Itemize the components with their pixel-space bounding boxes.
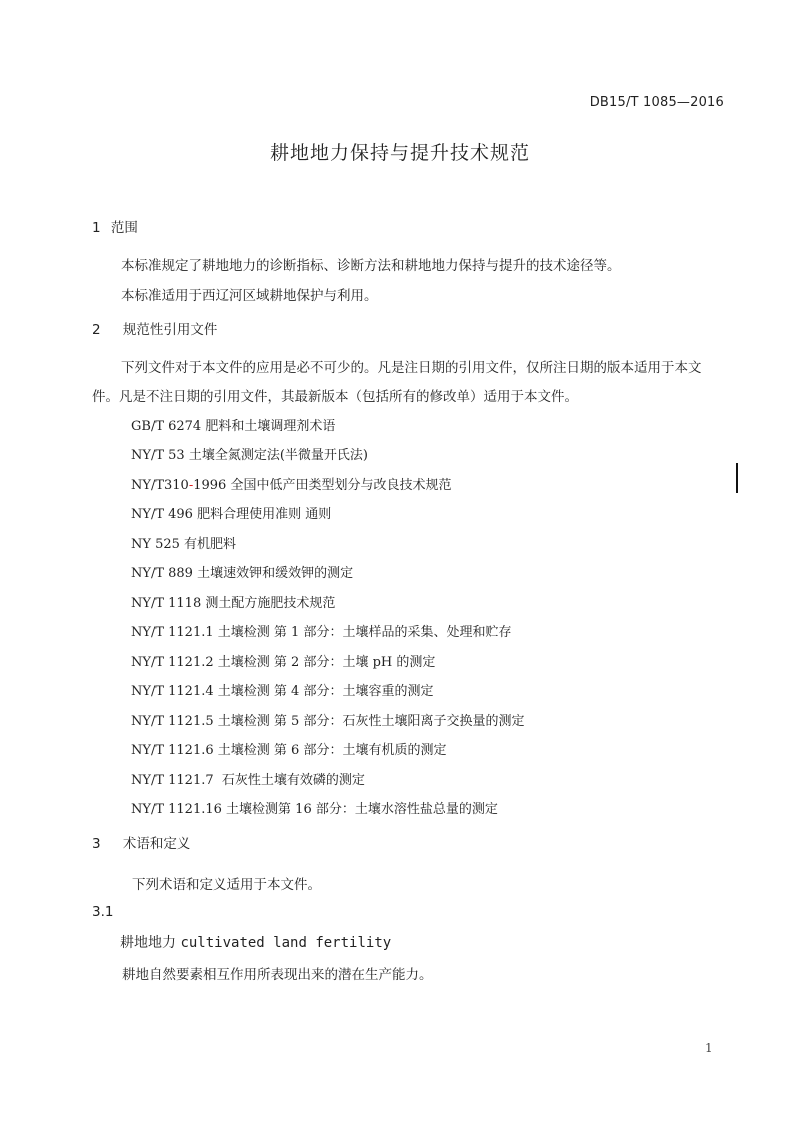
term-entry: 耕地地力 cultivated land fertility [120, 932, 391, 952]
reference-title: 土壤检测第 16 部分：土壤水溶性盐总量的测定 [226, 802, 498, 817]
reference-item: NY/T 1118 测土配方施肥技术规范 [131, 592, 335, 611]
reference-code: NY/T 1118 [131, 596, 201, 611]
document-title: 耕地地力保持与提升技术规范 [0, 138, 800, 165]
section-1-heading: 1 范围 [92, 216, 138, 236]
reference-item: NY/T 53 土壤全氮测定法(半微量开氏法) [131, 444, 368, 463]
reference-item: GB/T 6274 肥料和土壤调理剂术语 [131, 415, 335, 434]
term-definition: 耕地自然要素相互作用所表现出来的潜在生产能力。 [122, 963, 433, 983]
reference-code: NY/T 1121.5 [131, 714, 214, 729]
reference-title: 土壤检测 第 6 部分：土壤有机质的测定 [218, 743, 447, 758]
reference-code: NY 525 [131, 537, 180, 552]
reference-title: 全国中低产田类型划分与改良技术规范 [230, 478, 451, 493]
term-english: cultivated land fertility [180, 935, 391, 951]
reference-item: NY/T 1121.5 土壤检测 第 5 部分：石灰性土壤阳离子交换量的测定 [131, 710, 524, 729]
reference-code: NY/T310-1996 [131, 478, 226, 493]
reference-title: 有机肥料 [184, 537, 236, 552]
reference-code: NY/T 1121.4 [131, 684, 214, 699]
reference-item: NY/T 496 肥料合理使用准则 通则 [131, 503, 331, 522]
reference-code: NY/T 1121.16 [131, 802, 222, 817]
subsection-number: 3.1 [92, 904, 113, 920]
section-title: 范围 [111, 220, 138, 236]
reference-title: 土壤检测 第 5 部分：石灰性土壤阳离子交换量的测定 [218, 714, 525, 729]
reference-title: 土壤全氮测定法(半微量开氏法) [189, 448, 368, 463]
reference-code: NY/T 1121.2 [131, 655, 214, 670]
text-cursor [736, 463, 738, 493]
section-number: 2 [92, 322, 101, 338]
reference-item: NY/T 889 土壤速效钾和缓效钾的测定 [131, 562, 353, 581]
reference-item: NY/T310-1996 全国中低产田类型划分与改良技术规范 [131, 474, 451, 493]
reference-title: 肥料合理使用准则 通则 [197, 507, 331, 522]
reference-title: 土壤检测 第 2 部分：土壤 pH 的测定 [218, 655, 436, 670]
paragraph: 件。凡是不注日期的引用文件，其最新版本（包括所有的修改单）适用于本文件。 [92, 385, 578, 405]
reference-title: 测土配方施肥技术规范 [205, 596, 335, 611]
reference-title: 土壤速效钾和缓效钾的测定 [197, 566, 353, 581]
section-2-heading: 2 规范性引用文件 [92, 318, 217, 338]
reference-title: 肥料和土壤调理剂术语 [205, 419, 335, 434]
section-number: 1 [92, 220, 101, 236]
reference-item: NY/T 1121.2 土壤检测 第 2 部分：土壤 pH 的测定 [131, 651, 435, 670]
section-3-heading: 3 术语和定义 [92, 832, 190, 852]
section-title: 术语和定义 [123, 836, 191, 852]
section-number: 3 [92, 836, 101, 852]
reference-code: NY/T 1121.1 [131, 625, 214, 640]
term-chinese: 耕地地力 [120, 935, 176, 951]
paragraph: 下列文件对于本文件的应用是必不可少的。凡是注日期的引用文件，仅所注日期的版本适用… [121, 356, 702, 376]
reference-title: 土壤检测 第 1 部分：土壤样品的采集、处理和贮存 [218, 625, 512, 640]
paragraph: 本标准规定了耕地地力的诊断指标、诊断方法和耕地地力保持与提升的技术途径等。 [121, 254, 621, 274]
reference-item: NY 525 有机肥料 [131, 533, 236, 552]
reference-code: NY/T 1121.7 [131, 773, 214, 788]
reference-code: NY/T 53 [131, 448, 185, 463]
paragraph: 本标准适用于西辽河区域耕地保护与利用。 [121, 284, 378, 304]
reference-item: NY/T 1121.6 土壤检测 第 6 部分：土壤有机质的测定 [131, 739, 446, 758]
reference-item: NY/T 1121.7 石灰性土壤有效磷的测定 [131, 769, 365, 788]
page-number: 1 [705, 1041, 713, 1055]
paragraph: 下列术语和定义适用于本文件。 [132, 873, 321, 893]
reference-code-part: NY/T310 [131, 478, 189, 493]
reference-item: NY/T 1121.1 土壤检测 第 1 部分：土壤样品的采集、处理和贮存 [131, 621, 511, 640]
section-title: 规范性引用文件 [123, 322, 218, 338]
standard-code: DB15/T 1085—2016 [590, 95, 724, 110]
reference-title: 石灰性土壤有效磷的测定 [218, 773, 365, 788]
reference-item: NY/T 1121.16 土壤检测第 16 部分：土壤水溶性盐总量的测定 [131, 798, 498, 817]
reference-code-part: 1996 [193, 478, 226, 493]
reference-item: NY/T 1121.4 土壤检测 第 4 部分：土壤容重的测定 [131, 680, 433, 699]
reference-title: 土壤检测 第 4 部分：土壤容重的测定 [218, 684, 434, 699]
reference-code: NY/T 889 [131, 566, 193, 581]
reference-code: GB/T 6274 [131, 419, 201, 434]
reference-code: NY/T 1121.6 [131, 743, 214, 758]
reference-code: NY/T 496 [131, 507, 193, 522]
